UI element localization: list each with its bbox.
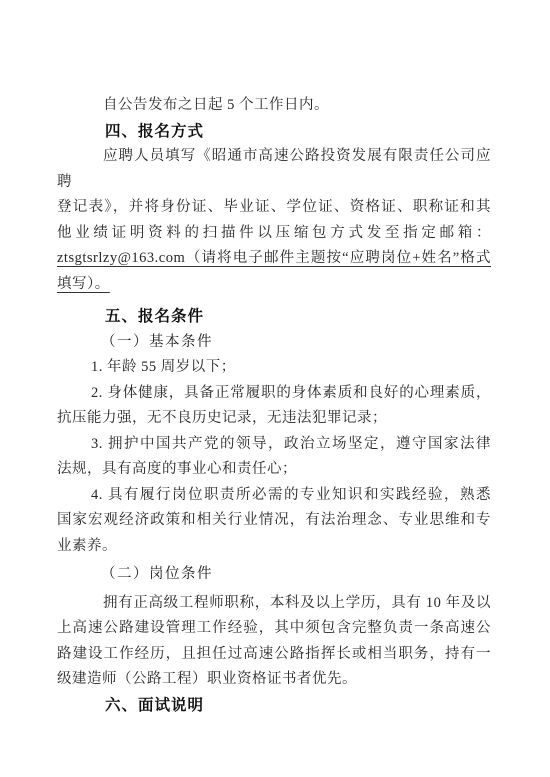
- basic-condition-item-1: 1. 年龄 55 周岁以下；: [57, 355, 491, 381]
- post-condition-line-4: 级建造师（公路工程）职业资格证书者优先。: [57, 667, 491, 693]
- heading-interview-notes: 六、面试说明: [57, 693, 491, 719]
- basic-condition-item-4-line-2: 国家宏观经济政策和相关行业情况，有法治理念、专业思维和专: [57, 508, 491, 534]
- post-condition-line-3: 路建设工作经历，且担任过高速公路指挥长或相当职务，持有一: [57, 642, 491, 668]
- email-line: ztsgtsrlzy@163.com（请将电子邮件主题按“应聘岗位+姓名”格式: [57, 246, 491, 272]
- basic-condition-item-4-line-3: 业素养。: [57, 534, 491, 560]
- post-condition-line-1: 拥有正高级工程师职称，本科及以上学历，具有 10 年及以: [57, 591, 491, 617]
- apply-paragraph-line-3: 他业绩证明资料的扫描件以压缩包方式发至指定邮箱：: [57, 221, 491, 247]
- basic-condition-item-3-line-2: 法规，具有高度的事业心和责任心；: [57, 457, 491, 483]
- basic-condition-item-4-line-1: 4. 具有履行岗位职责所必需的专业知识和实践经验，熟悉: [57, 483, 491, 509]
- basic-condition-item-3-line-1: 3. 拥护中国共产党的领导，政治立场坚定，遵守国家法律: [57, 432, 491, 458]
- subheading-post-conditions: （二）岗位条件: [57, 562, 491, 588]
- subheading-basic-conditions: （一）基本条件: [57, 330, 491, 356]
- apply-paragraph-line-2: 登记表》，并将身份证、毕业证、学位证、资格证、职称证和其: [57, 195, 491, 221]
- email-line-continuation: 填写）。: [57, 272, 110, 298]
- basic-condition-item-2-line-1: 2. 身体健康，具备正常履职的身体素质和良好的心理素质，: [57, 381, 491, 407]
- heading-apply-conditions: 五、报名条件: [57, 304, 491, 330]
- scanned-document-page: 自公告发布之日起 5 个工作日内。 四、报名方式 应聘人员填写《昭通市高速公路投…: [0, 0, 550, 777]
- basic-condition-item-2-line-2: 抗压能力强，无不良历史记录，无违法犯罪记录；: [57, 406, 491, 432]
- document-body: 自公告发布之日起 5 个工作日内。 四、报名方式 应聘人员填写《昭通市高速公路投…: [57, 93, 491, 718]
- heading-apply-method: 四、报名方式: [57, 119, 491, 145]
- post-condition-line-2: 上高速公路建设管理工作经验，其中须包含完整负责一条高速公: [57, 616, 491, 642]
- intro-deadline-line: 自公告发布之日起 5 个工作日内。: [57, 93, 491, 119]
- apply-paragraph-line-1: 应聘人员填写《昭通市高速公路投资发展有限责任公司应聘: [57, 144, 491, 195]
